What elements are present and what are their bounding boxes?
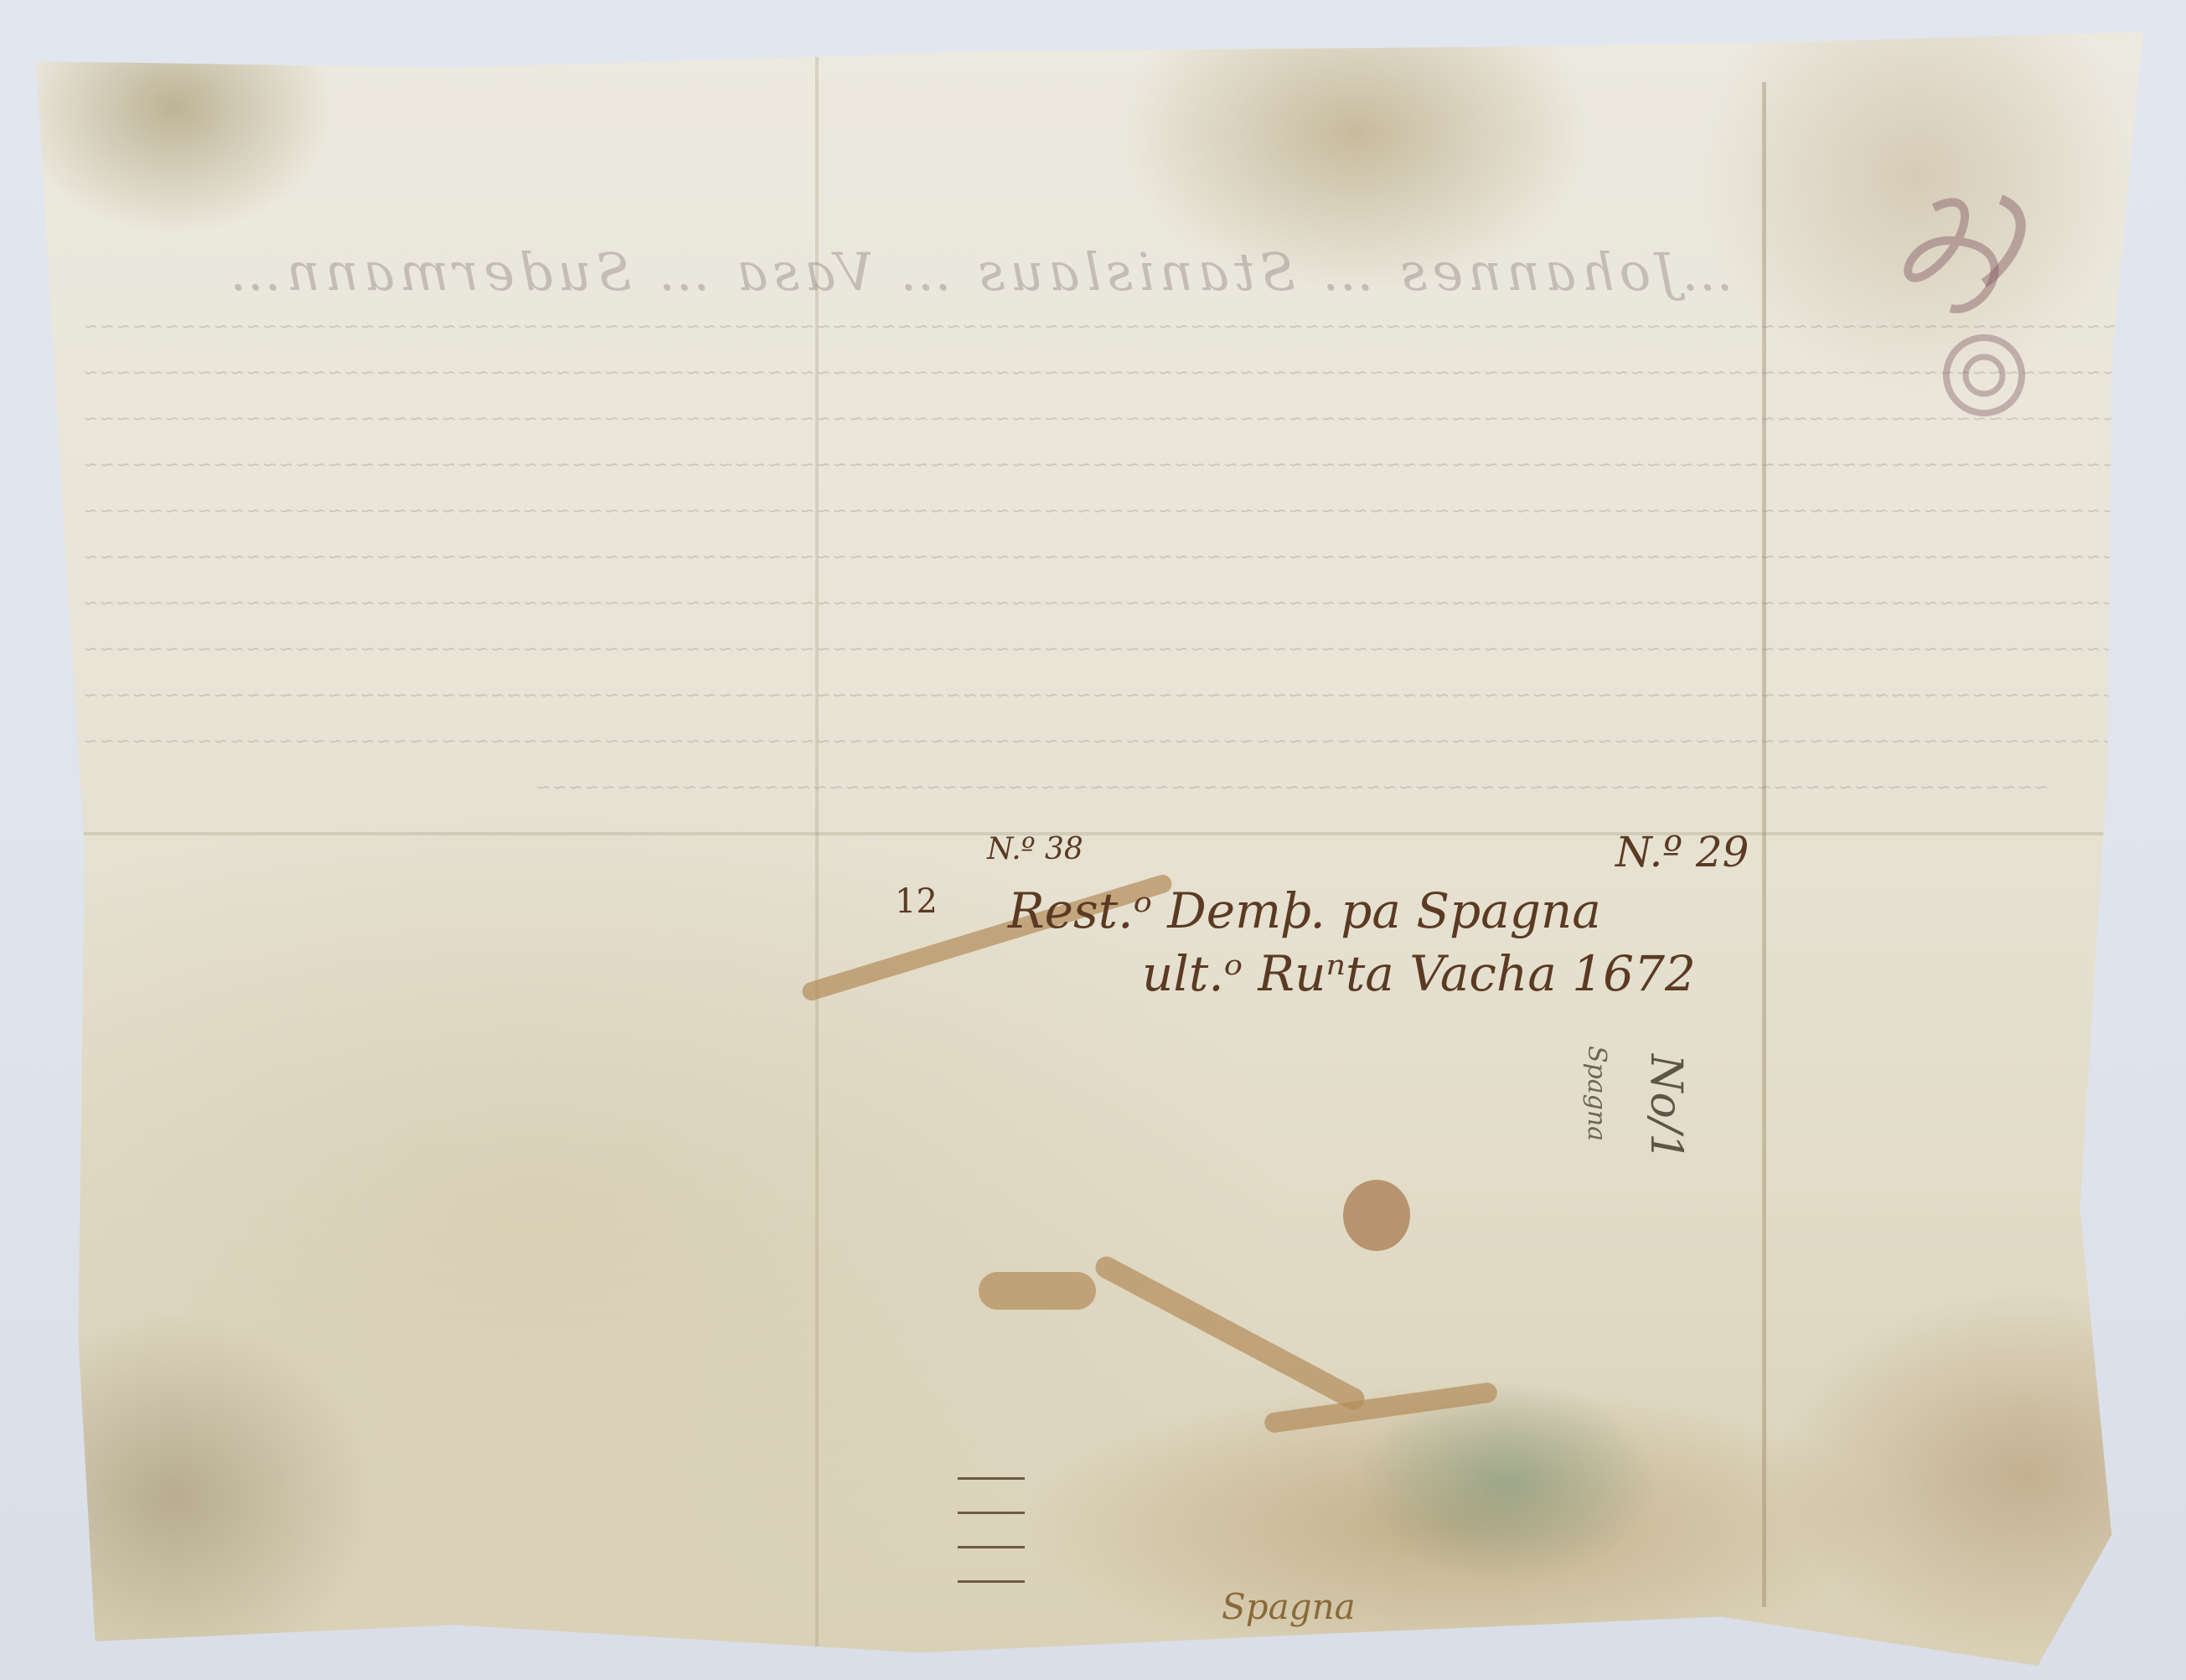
stain-drip — [979, 1272, 1096, 1310]
bleed-through-line: ~~~~~~~~~~~~~~~~~~~~~~~~~~~~~~~~~~~~~~~~… — [535, 778, 2049, 799]
stain-drip — [1092, 1253, 1368, 1414]
calligraphic-flourish-icon — [1858, 183, 2110, 434]
annotation-margin-12: 12 — [895, 882, 938, 921]
bleed-through-line: ~~~~~~~~~~~~~~~~~~~~~~~~~~~~~~~~~~~~~~~~… — [82, 639, 2186, 660]
bleed-through-line: ~~~~~~~~~~~~~~~~~~~~~~~~~~~~~~~~~~~~~~~~… — [82, 501, 2186, 522]
annotation-side-note: Spagna — [1582, 1046, 1611, 1141]
parchment-sheet: …Johannes … Stanislaus … Vasa … Suderman… — [32, 32, 2143, 1666]
bleed-through-line: ~~~~~~~~~~~~~~~~~~~~~~~~~~~~~~~~~~~~~~~~… — [82, 547, 2186, 568]
annotation-number-29: N.º 29 — [1615, 828, 1749, 876]
annotation-line-1: Rest.ᵒ Demþ. pa Spagna — [1008, 882, 1601, 939]
bleed-through-line: ~~~~~~~~~~~~~~~~~~~~~~~~~~~~~~~~~~~~~~~~… — [82, 731, 2150, 752]
annotation-fraction: No/1 — [1641, 1054, 1691, 1160]
bleed-through-title: …Johannes … Stanislaus … Vasa … Suderman… — [225, 241, 1734, 302]
bleed-through-line: ~~~~~~~~~~~~~~~~~~~~~~~~~~~~~~~~~~~~~~~~… — [82, 455, 2186, 476]
horizontal-fold — [65, 832, 2143, 835]
annotation-number-38: N.º 38 — [987, 832, 1083, 866]
bleed-through-line: ~~~~~~~~~~~~~~~~~~~~~~~~~~~~~~~~~~~~~~~~… — [82, 593, 2186, 614]
seal-slits — [958, 1477, 1025, 1615]
stain-drip — [1264, 1382, 1499, 1434]
bleed-through-line: ~~~~~~~~~~~~~~~~~~~~~~~~~~~~~~~~~~~~~~~~… — [82, 685, 2186, 706]
annotation-bottom-note: Spagna — [1222, 1586, 1356, 1627]
wax-stain — [1343, 1180, 1410, 1251]
vertical-fold-right — [1762, 82, 1766, 1607]
annotation-line-2: ult.ᵒ Ruⁿta Vacha 1672 — [1142, 945, 1696, 1002]
